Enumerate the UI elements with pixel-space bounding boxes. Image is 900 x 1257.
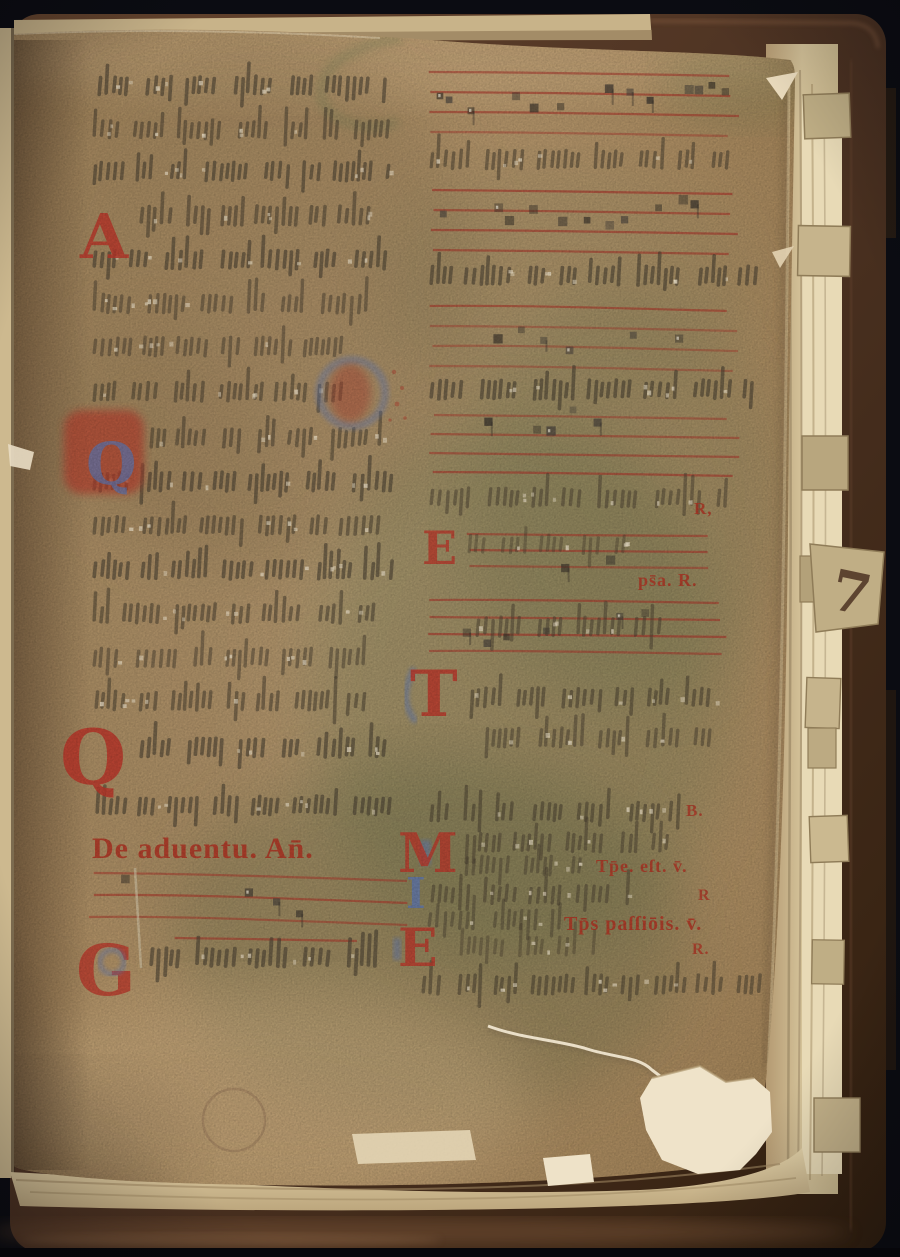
manuscript-photograph: 7 A Q Q [0,0,900,1257]
photo-vignette [0,0,900,1257]
manuscript-scene: 7 A Q Q [0,0,900,1257]
